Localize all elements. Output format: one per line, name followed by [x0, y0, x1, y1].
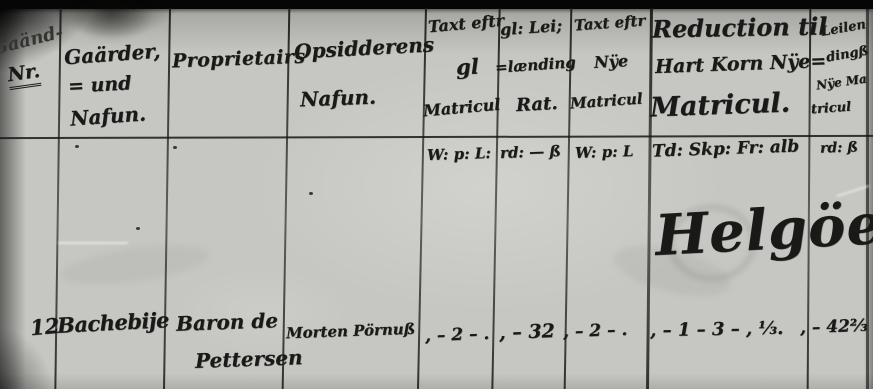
row-proprietair-line-2: Pettersen	[195, 347, 303, 371]
unit-taxt-gl: W: p: L:	[427, 146, 491, 163]
ink-dot	[75, 145, 79, 148]
ink-smudge	[68, 0, 154, 42]
header-taxt-nye-line-3: Matricul	[570, 91, 643, 111]
row-proprietair-line-1: Baron de	[176, 310, 279, 334]
row-reduction-value: , – 1 – 3 – , ⅓.	[650, 320, 784, 340]
row-opsidder-navn: Morten Pörnuß	[286, 322, 416, 341]
unit-leilaendings-nye: rd: ß	[820, 140, 858, 155]
unit-reduction: Td: Skp: Fr: alb	[652, 138, 800, 160]
row-gaard-nr: 12	[29, 315, 60, 338]
header-gaarder-navn-line-1: Gaärder,	[63, 41, 160, 68]
header-gl-leilaendings-line-1: gl: Lei;	[500, 18, 563, 38]
unit-taxt-nye: W: p: L	[575, 144, 634, 161]
ledger-scan-page: Gaänd- Nr. Gaärder, = und Nafun. Proprie…	[0, 0, 873, 389]
header-reduction-line-2: Hart Korn Nÿe=	[655, 52, 827, 77]
header-taxt-nye-line-2: Nÿe	[594, 53, 629, 71]
ink-dot	[173, 146, 177, 149]
row-taxt-nye-value: , – 2 – .	[563, 322, 628, 341]
header-leilaendings-nye-line-2: dingß	[825, 44, 869, 64]
header-taxt-gl-line-2: gl	[455, 55, 479, 77]
header-leilaendings-nye-line-3: Nÿe Ma	[815, 73, 867, 92]
header-reduction-line-1: Reduction til	[652, 14, 828, 41]
header-taxt-nye-line-1: Taxt eftr	[574, 14, 646, 34]
header-gaard-nr-line-1: Gaänd-	[0, 24, 65, 59]
header-gaarder-navn-line-2: = und	[68, 74, 132, 96]
header-taxt-gl-line-1: Taxt eftr	[427, 13, 504, 36]
header-taxt-gl-line-3: Matricul	[422, 97, 501, 120]
unit-gl-leilaendings: rd: — ß	[500, 144, 561, 161]
row-taxt-gl-value: , – 2 – .	[425, 326, 490, 345]
ink-dot	[136, 227, 140, 230]
row-leilaendings-nye-value: , – 42⅔	[800, 318, 868, 337]
header-gaarder-navn-line-3: Nafun.	[69, 103, 146, 128]
header-gl-leilaendings-line-2: =lænding	[495, 55, 577, 76]
header-reduction-line-3: Matricul.	[650, 90, 791, 122]
header-opsidderens-line-2: Nafun.	[300, 87, 377, 110]
header-gaard-nr-line-2: Nr.	[6, 62, 41, 90]
ink-dot	[309, 192, 313, 195]
header-leilaendings-nye-line-4: tricul	[811, 101, 852, 117]
paper-scratch	[58, 242, 128, 244]
header-opsidderens-line-1: Opsidderens	[294, 34, 435, 61]
bleed-through-mark	[58, 238, 211, 293]
section-title-helgoe: Helgöe	[654, 196, 873, 264]
row-gl-leilaendings-value: , – 32	[499, 322, 555, 343]
row-gaard-navn: Bachebije	[57, 309, 170, 336]
header-proprietairs: Proprietairs	[172, 48, 306, 72]
header-gl-leilaendings-line-3: Rat.	[516, 95, 559, 115]
